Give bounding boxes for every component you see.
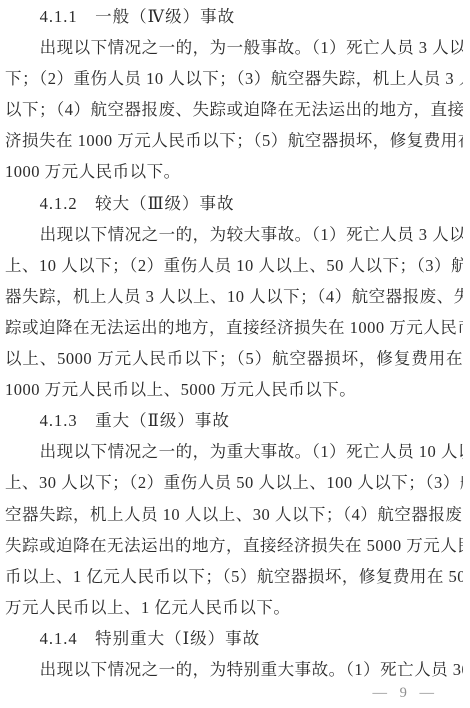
text-line: 1000 万元人民币以上、5000 万元人民币以下。	[5, 374, 463, 405]
document-page: 4.1.1 一般（Ⅳ级）事故 出现以下情况之一的，为一般事故。（1）死亡人员 3…	[0, 0, 470, 708]
page-number: — 9 —	[373, 685, 435, 702]
text-line: 以下；（4）航空器报废、失踪或迫降在无法运出的地方，直接经	[5, 94, 463, 125]
text-line: 出现以下情况之一的，为特别重大事故。（1）死亡人员 30	[5, 654, 463, 685]
section-heading-4-1-3: 4.1.3 重大（Ⅱ级）事故	[5, 405, 463, 436]
section-heading-4-1-2: 4.1.2 较大（Ⅲ级）事故	[5, 188, 463, 219]
text-line: 出现以下情况之一的，为较大事故。（1）死亡人员 3 人以	[5, 219, 463, 250]
text-line: 出现以下情况之一的，为一般事故。（1）死亡人员 3 人以	[5, 32, 463, 63]
text-line: 空器失踪，机上人员 10 人以上、30 人以下；（4）航空器报废、	[5, 499, 463, 530]
text-line: 币以上、1 亿元人民币以下；（5）航空器损坏，修复费用在 5000	[5, 561, 463, 592]
text-line: 上、10 人以下；（2）重伤人员 10 人以上、50 人以下；（3）航空	[5, 250, 463, 281]
section-heading-4-1-4: 4.1.4 特别重大（Ⅰ级）事故	[5, 623, 463, 654]
text-line: 上、30 人以下；（2）重伤人员 50 人以上、100 人以下；（3）航	[5, 467, 463, 498]
text-line: 以上、5000 万元人民币以下；（5）航空器损坏，修复费用在	[5, 343, 463, 374]
text-line: 下；（2）重伤人员 10 人以下；（3）航空器失踪，机上人员 3 人	[5, 63, 463, 94]
text-line: 济损失在 1000 万元人民币以下；（5）航空器损坏，修复费用在	[5, 125, 463, 156]
text-line: 器失踪，机上人员 3 人以上、10 人以下；（4）航空器报废、失	[5, 281, 463, 312]
text-line: 出现以下情况之一的，为重大事故。（1）死亡人员 10 人以	[5, 436, 463, 467]
text-line: 1000 万元人民币以下。	[5, 156, 463, 187]
text-line: 踪或迫降在无法运出的地方，直接经济损失在 1000 万元人民币	[5, 312, 463, 343]
text-line: 万元人民币以上、1 亿元人民币以下。	[5, 592, 463, 623]
text-line: 失踪或迫降在无法运出的地方，直接经济损失在 5000 万元人民	[5, 530, 463, 561]
section-heading-4-1-1: 4.1.1 一般（Ⅳ级）事故	[5, 1, 463, 32]
